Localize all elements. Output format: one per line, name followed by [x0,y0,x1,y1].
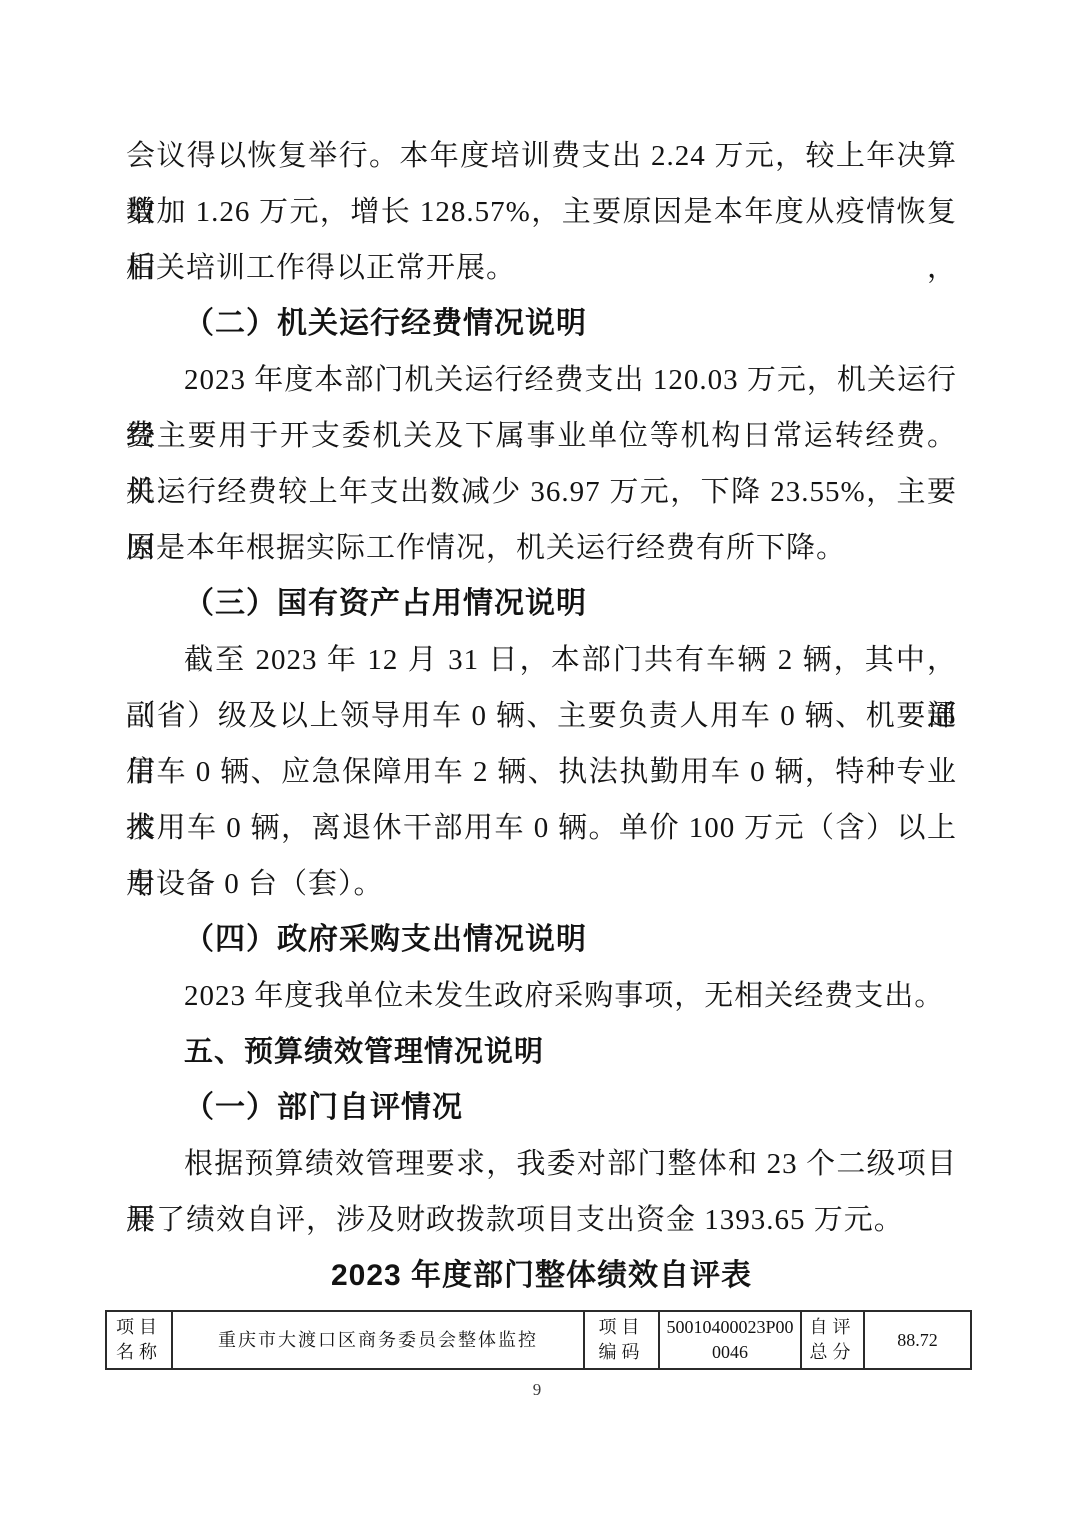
cell-project-code-label: 项目 编码 [584,1311,659,1369]
cell-self-eval-score-value: 88.72 [864,1311,971,1369]
para-self-eval-line-1: 根据预算绩效管理要求，我委对部门整体和 23 个二级项目开 [126,1136,957,1192]
para-agency-expense-line-4: 因是本年根据实际工作情况，机关运行经费有所下降。 [126,520,957,576]
para-agency-expense-line-1: 2023 年度本部门机关运行经费支出 120.03 万元，机关运行经 [126,352,957,408]
heading-dept-self-eval: （一）部门自评情况 [126,1080,957,1136]
document-page: 会议得以恢复举行。本年度培训费支出 2.24 万元，较上年决算数 增加 1.26… [0,0,1074,1520]
self-evaluation-table: 项目 名称 重庆市大渡口区商务委员会整体监控 项目 编码 50010400023… [105,1310,972,1370]
project-code-value-line1: 50010400023P00 [660,1315,800,1340]
para-state-assets-line-4: 术用车 0 辆，离退休干部用车 0 辆。单价 100 万元（含）以上专 [126,800,957,856]
cell-project-code-value: 50010400023P00 0046 [659,1311,801,1369]
para-self-eval-line-2: 展了绩效自评，涉及财政拨款项目支出资金 1393.65 万元。 [126,1192,957,1248]
para-state-assets-line-5: 用设备 0 台（套）。 [126,856,957,912]
para-training-fee-line-1: 会议得以恢复举行。本年度培训费支出 2.24 万元，较上年决算数 [126,128,957,184]
para-agency-expense-line-2: 费主要用于开支委机关及下属事业单位等机构日常运转经费。机 [126,408,957,464]
cell-project-name-value: 重庆市大渡口区商务委员会整体监控 [172,1311,584,1369]
project-code-value-line2: 0046 [660,1340,800,1365]
cell-project-name-label: 项目 名称 [106,1311,172,1369]
para-training-fee-line-2: 增加 1.26 万元，增长 128.57%，主要原因是本年度从疫情恢复后， [126,184,957,240]
cell-self-eval-score-label: 自评 总分 [801,1311,864,1369]
table-title: 2023 年度部门整体绩效自评表 [126,1248,957,1304]
page-number: 9 [0,1380,1074,1400]
table-row: 项目 名称 重庆市大渡口区商务委员会整体监控 项目 编码 50010400023… [106,1311,971,1369]
para-state-assets-line-1: 截至 2023 年 12 月 31 日，本部门共有车辆 2 辆，其中，副部 [126,632,957,688]
project-code-label-line2: 编码 [585,1340,658,1365]
heading-gov-procurement: （四）政府采购支出情况说明 [126,912,957,968]
para-state-assets-line-2: （省）级及以上领导用车 0 辆、主要负责人用车 0 辆、机要通信 [126,688,957,744]
project-code-label-line1: 项目 [585,1315,658,1340]
heading-budget-performance: 五、预算绩效管理情况说明 [126,1024,957,1080]
score-label-line1: 自评 [802,1315,863,1340]
project-name-label-line1: 项目 [107,1315,171,1340]
project-name-label-line2: 名称 [107,1340,171,1365]
score-label-line2: 总分 [802,1340,863,1365]
text-block: 会议得以恢复举行。本年度培训费支出 2.24 万元，较上年决算数 增加 1.26… [126,0,957,1304]
heading-agency-operating-expense: （二）机关运行经费情况说明 [126,296,957,352]
heading-state-assets: （三）国有资产占用情况说明 [126,576,957,632]
para-state-assets-line-3: 用车 0 辆、应急保障用车 2 辆、执法执勤用车 0 辆，特种专业技 [126,744,957,800]
para-agency-expense-line-3: 关运行经费较上年支出数减少 36.97 万元，下降 23.55%，主要原 [126,464,957,520]
para-gov-procurement: 2023 年度我单位未发生政府采购事项，无相关经费支出。 [126,968,957,1024]
